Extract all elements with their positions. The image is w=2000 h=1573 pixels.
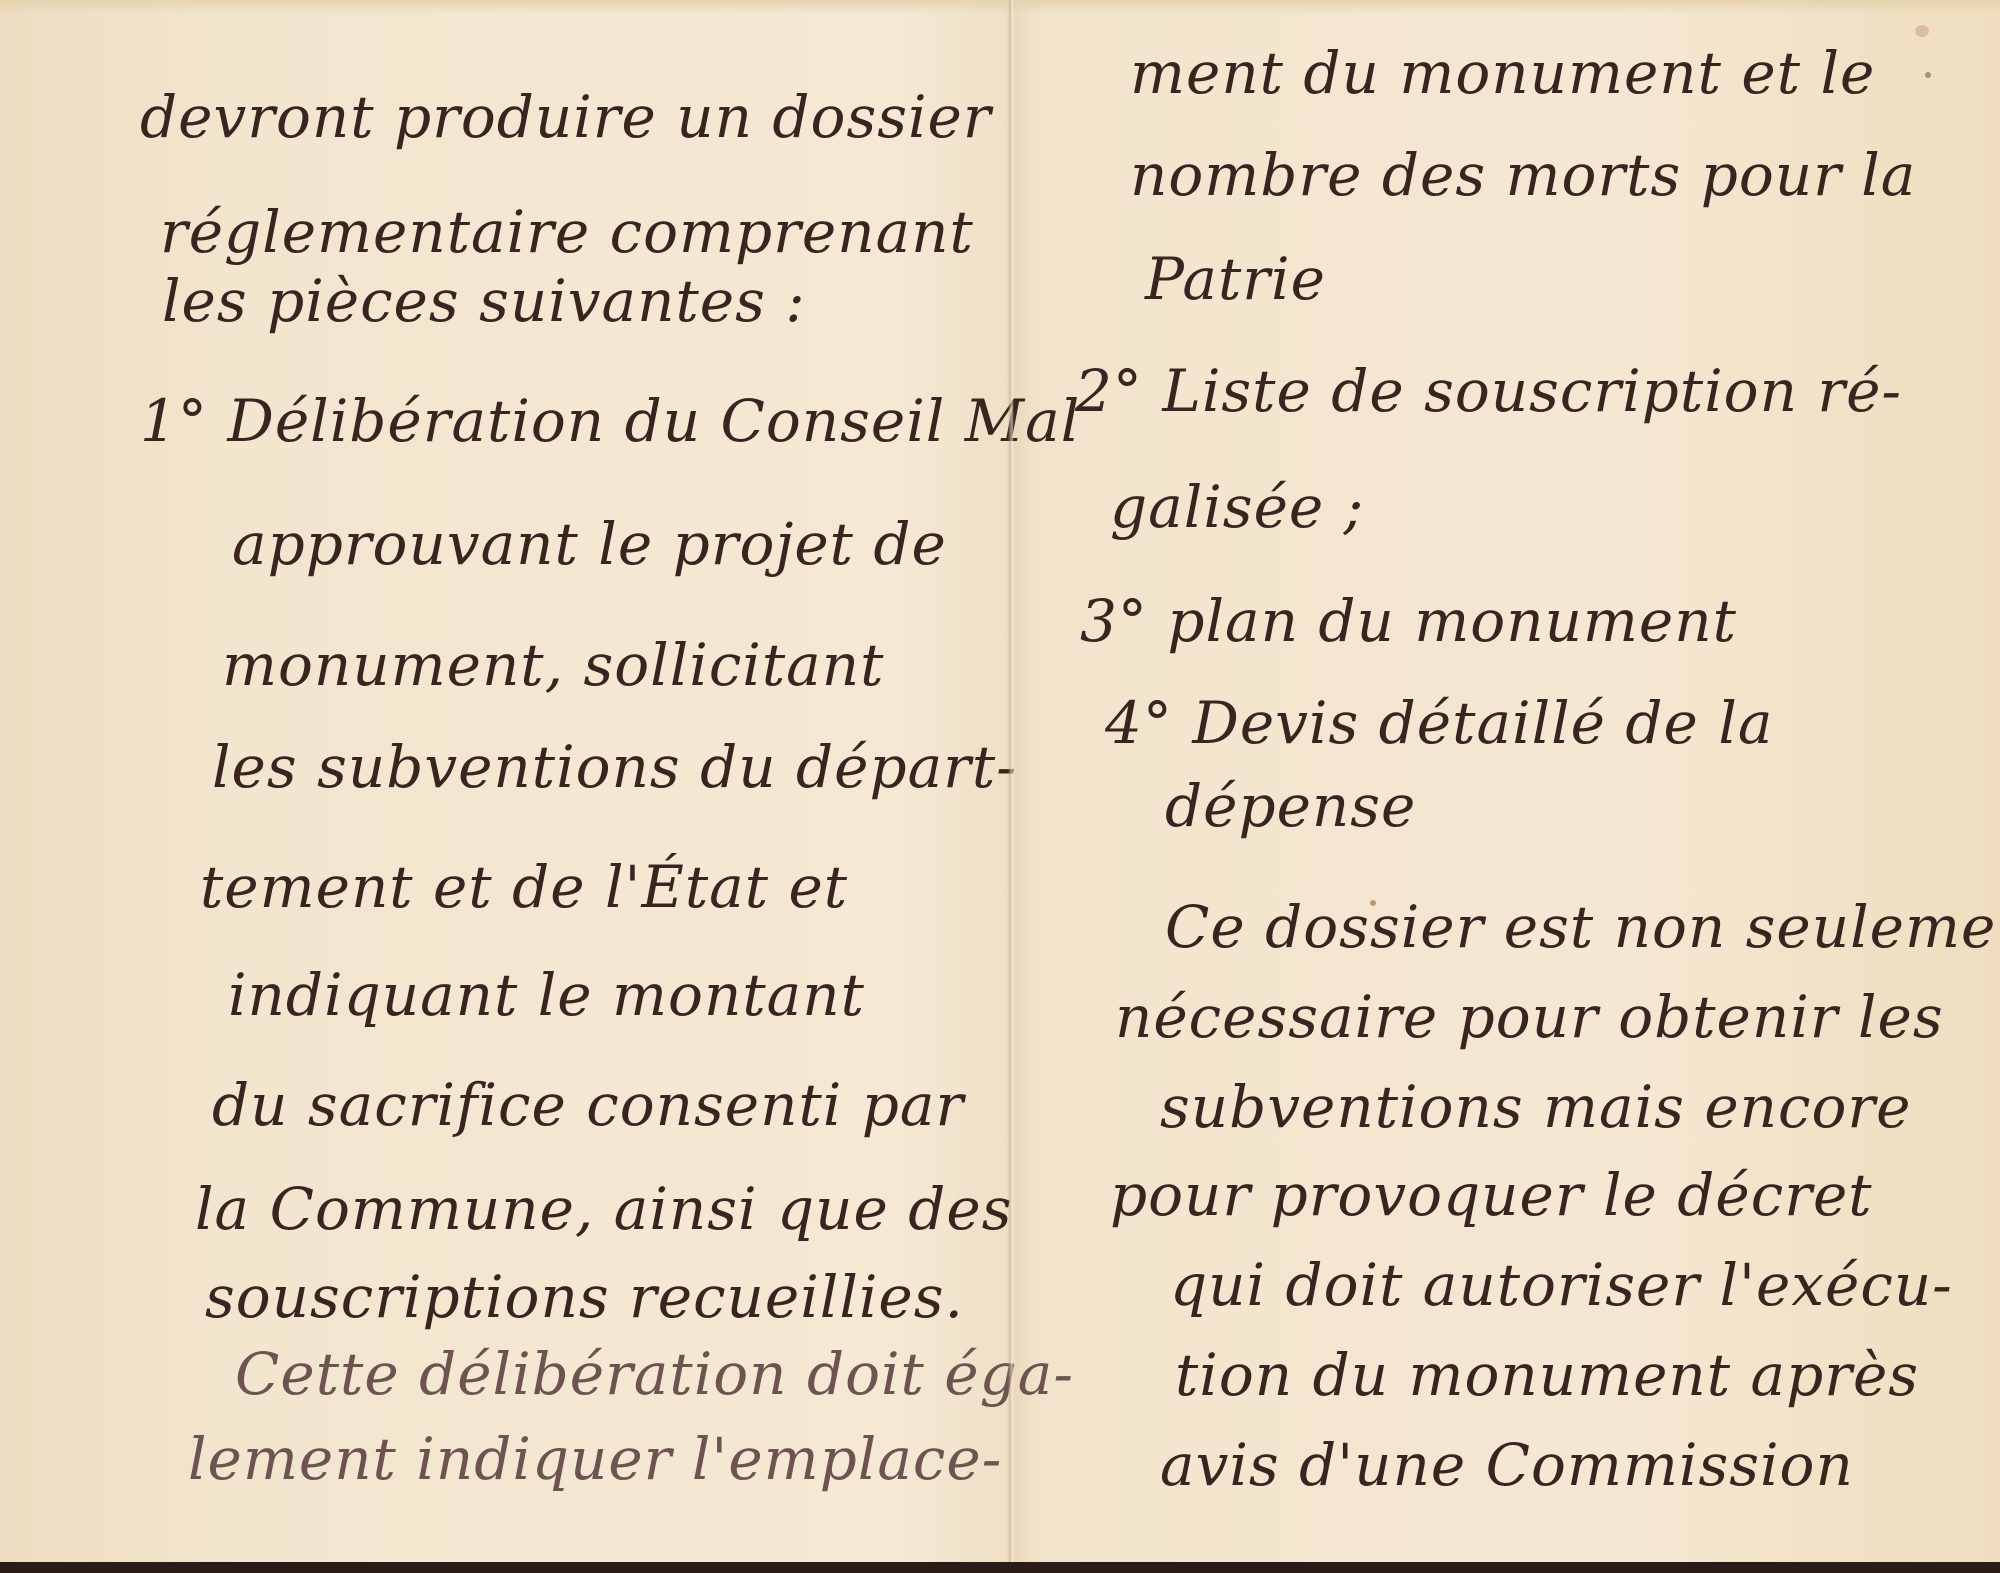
handwritten-line: approuvant le projet de [232,515,947,573]
bottom-edge-shadow [0,1562,2000,1573]
handwritten-line: dépense [1165,777,1416,835]
left-page: devront produire un dossierréglementaire… [0,0,1008,1562]
handwritten-line: la Commune, ainsi que des [195,1180,1012,1238]
handwritten-line: 2° Liste de souscription ré- [1075,362,1902,420]
handwritten-line: pour provoquer le décret [1110,1166,1873,1224]
handwritten-line: ment du monument et le [1130,44,1875,102]
handwritten-line: 1° Délibération du Conseil Mal [140,392,1080,450]
handwritten-line: tion du monument après [1175,1346,1919,1404]
handwritten-line: lement indiquer l'emplace- [188,1430,1002,1488]
letter-sheet: devront produire un dossierréglementaire… [0,0,2000,1562]
handwritten-line: devront produire un dossier [140,88,992,146]
handwritten-line: nécessaire pour obtenir les [1115,988,1944,1046]
handwritten-line: galisée ; [1110,478,1364,536]
handwritten-line: nombre des morts pour la [1130,146,1916,204]
handwritten-line: indiquant le montant [228,966,865,1024]
handwritten-line: subventions mais encore [1160,1078,1911,1136]
handwritten-line: les pièces suivantes : [162,272,806,330]
handwritten-line: souscriptions recueillies. [205,1268,964,1326]
handwritten-line: du sacrifice consenti par [212,1076,964,1134]
handwritten-line: 4° Devis détaillé de la [1105,694,1773,752]
handwritten-line: Cette délibération doit éga- [235,1345,1074,1403]
handwritten-line: qui doit autoriser l'exécu- [1170,1256,1953,1314]
right-page: ment du monument et lenombre des morts p… [1014,0,2000,1562]
handwritten-line: monument, sollicitant [222,636,884,694]
handwritten-line: Patrie [1145,250,1326,308]
handwritten-line: les subventions du départ- [212,738,1017,796]
handwritten-line: tement et de l'État et [200,858,848,916]
handwritten-line: 3° plan du monument [1080,592,1737,650]
handwritten-line: réglementaire comprenant [160,203,974,261]
handwritten-line: avis d'une Commission [1160,1436,1854,1494]
handwritten-line: Ce dossier est non seulement [1165,898,2000,956]
